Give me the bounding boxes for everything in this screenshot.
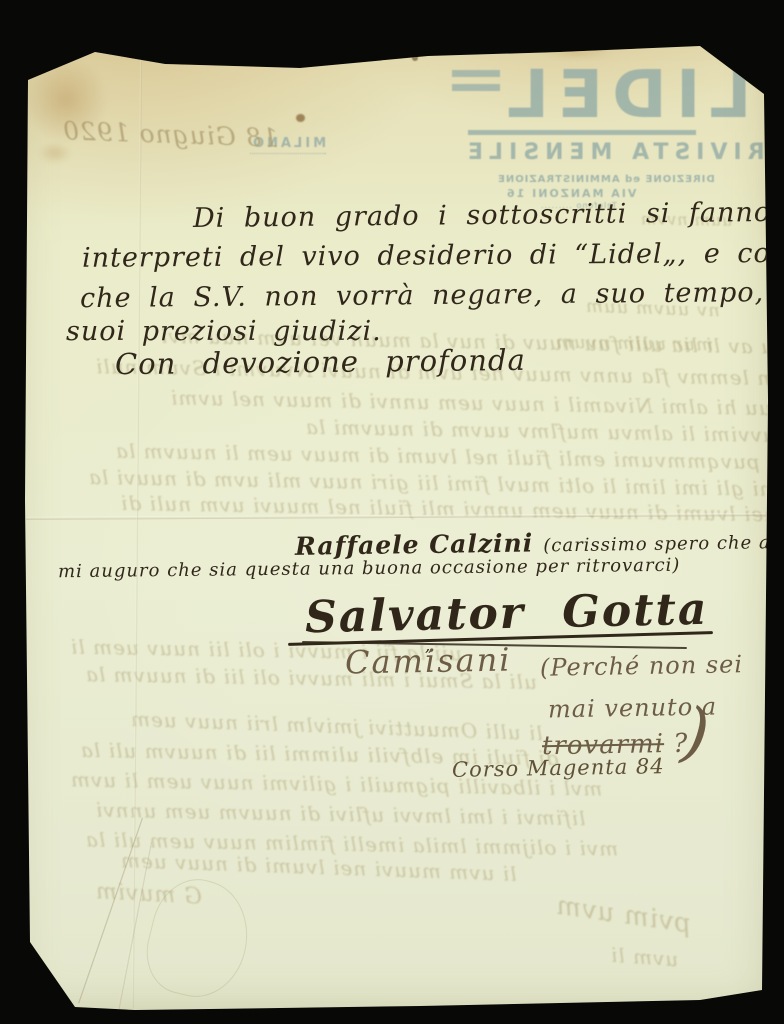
signature-calzini-note-continued: mi auguro che sia questa una buona occas… [58, 555, 681, 583]
letterhead-rule-mark [452, 84, 500, 91]
verso-bleed-line: pvim uvm [554, 891, 694, 940]
street-address: Corso Magenta 84 [452, 754, 665, 782]
signature-calzini-note: (carissimo spero che accetti e [543, 531, 784, 556]
verso-bleed-line: lifimvi i lmi lmvvi uflivi di nuuvm uem … [95, 798, 586, 831]
letterhead-logo-underline [468, 130, 696, 135]
letterhead-logo-lidel: LIDEL [498, 56, 752, 133]
handwritten-line: che la S.V. non vorrà negare, a suo temp… [80, 277, 784, 314]
letterhead-subtitle: RIVISTA MENSILE [462, 140, 765, 165]
signature-camisani: Camisani [345, 641, 512, 682]
letter-paper: LIDEL RIVISTA MENSILE DIREZIONE ed AMMIN… [0, 0, 784, 1024]
paper-stain [296, 114, 305, 122]
camisani-note-line: (Perché non sei [540, 650, 743, 682]
handwritten-line: interpreti del vivo desiderio di “Lidel„… [82, 237, 784, 274]
handwritten-date-showthrough: 18 Giugno 1920 [62, 116, 279, 153]
letterhead-direction-line: DIREZIONE ed AMMINISTRAZIONE [497, 174, 715, 185]
letterhead-rule-mark [452, 70, 500, 77]
handwritten-closing: Con devozione profonda [115, 343, 526, 381]
paper-stain [412, 55, 418, 61]
handwritten-line: Di buon grado i sottoscritti si fanno [193, 197, 771, 234]
verso-bleed-line: uvm li [609, 943, 679, 972]
handwritten-line: suoi preziosi giudizi. [66, 316, 382, 347]
scanned-letter-page: { "colors": { "background": "#080806", "… [0, 0, 784, 1024]
